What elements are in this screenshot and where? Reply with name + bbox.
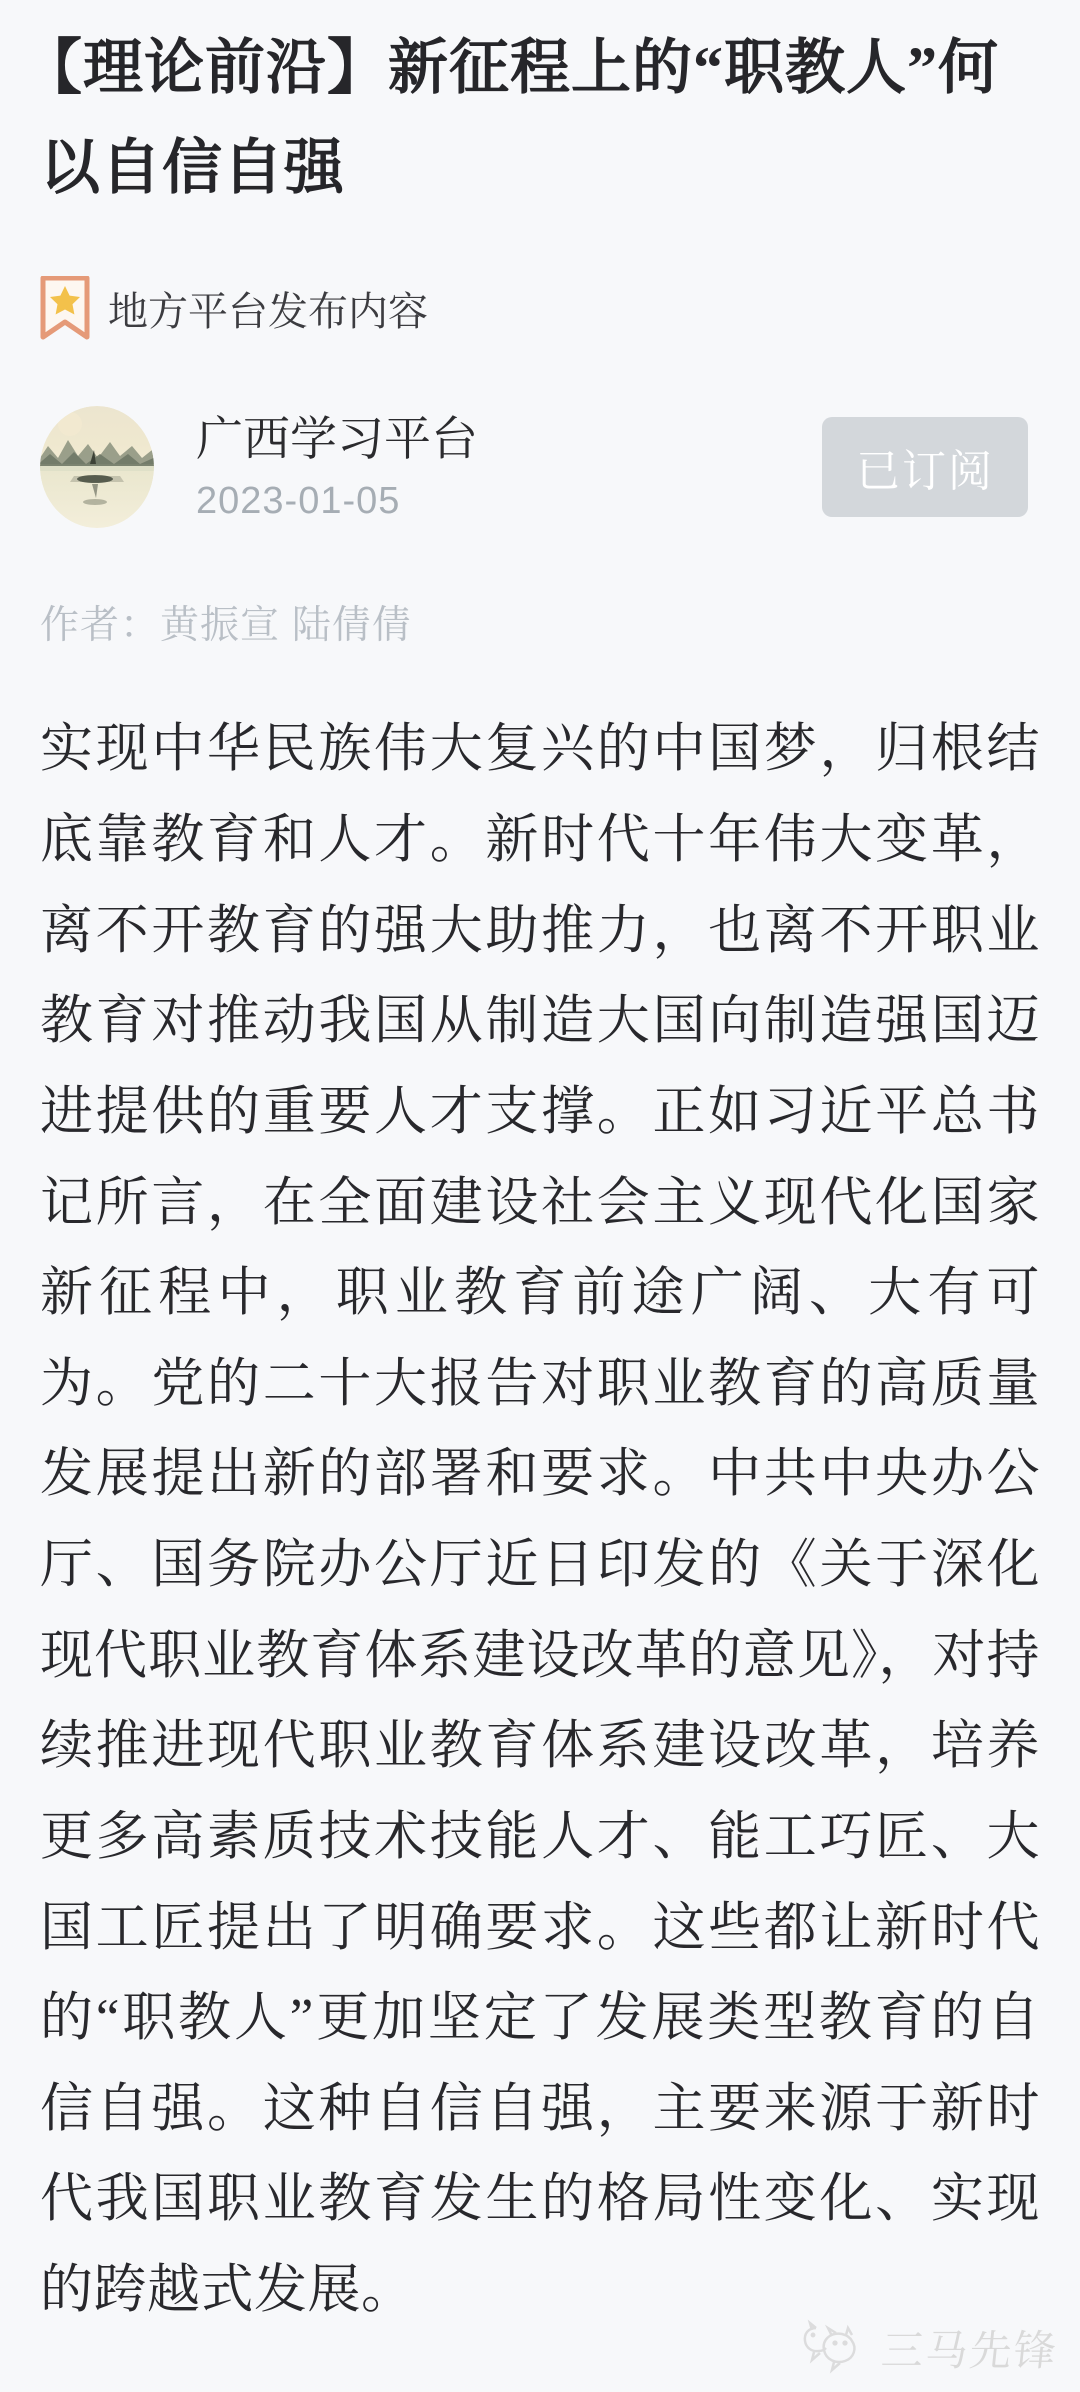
watermark: 三马先锋 [802, 2318, 1058, 2378]
watermark-label: 三马先锋 [879, 2318, 1061, 2378]
publisher-name[interactable]: 广西学习平台 [196, 412, 822, 466]
publish-date: 2023-01-05 [196, 480, 822, 523]
article-main: 【理论前沿】新征程上的“职教人”何以自信自强 地方平台发布内容 [0, 0, 1080, 2336]
source-badge-row: 地方平台发布内容 [40, 276, 1040, 340]
publisher-meta: 广西学习平台 2023-01-05 [196, 412, 822, 523]
author-line: 作者：黄振宣 陆倩倩 [40, 594, 1040, 650]
subscribed-button[interactable]: 已订阅 [822, 417, 1028, 517]
ribbon-star-icon [40, 276, 90, 340]
source-badge-label: 地方平台发布内容 [108, 280, 428, 337]
article-page: { "article": { "title": "【理论前沿】新征程上的“职教人… [0, 0, 1080, 2392]
publisher-row: 广西学习平台 2023-01-05 已订阅 [40, 406, 1040, 528]
publisher-avatar[interactable] [40, 406, 154, 528]
article-body: 实现中华民族伟大复兴的中国梦，归根结底靠教育和人才。新时代十年伟大变革，离不开教… [40, 704, 1040, 2335]
two-horses-logo-icon [802, 2318, 874, 2378]
article-title: 【理论前沿】新征程上的“职教人”何以自信自强 [40, 18, 1040, 218]
